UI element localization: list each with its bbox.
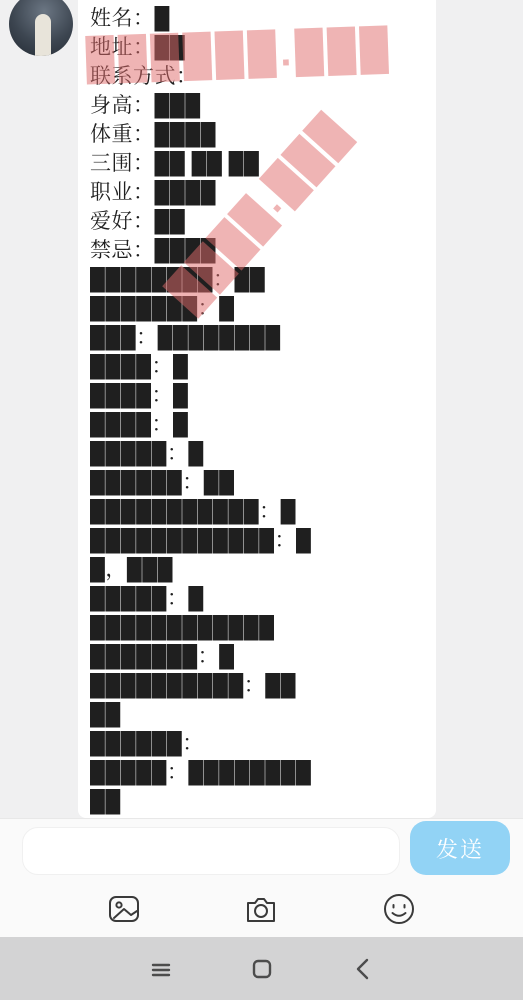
message-line: 身高：███ <box>90 91 424 120</box>
message-line: ████████████ <box>90 613 424 642</box>
message-line: 三围：██ ██ ██ <box>90 149 424 178</box>
message-line: ████████████：█ <box>90 526 424 555</box>
message-line: ████：█ <box>90 352 424 381</box>
message-line: ██████： <box>90 729 424 758</box>
chat-screen: 姓名：█地址：██联系方式：身高：███体重：████三围：██ ██ ██职业… <box>0 0 523 1000</box>
message-line: ███████：█ <box>90 642 424 671</box>
message-line: █████：████████ <box>90 758 424 787</box>
message-line: ██ <box>90 700 424 729</box>
message-line: 地址：██ <box>90 33 424 62</box>
send-button[interactable]: 发送 <box>410 821 510 875</box>
message-line: ██ <box>90 787 424 816</box>
gallery-icon[interactable] <box>106 891 142 927</box>
composer-bar: 发送 <box>0 818 523 880</box>
message-line: ████：█ <box>90 410 424 439</box>
message-line: ██████：██ <box>90 468 424 497</box>
back-icon[interactable] <box>350 956 376 982</box>
message-line: 体重：████ <box>90 120 424 149</box>
camera-icon[interactable] <box>243 891 279 927</box>
message-line: ███：████████ <box>90 323 424 352</box>
message-input[interactable] <box>22 827 400 875</box>
message-line: ████████：██ <box>90 265 424 294</box>
composer-toolbar <box>0 880 523 937</box>
message-line: 职业：████ <box>90 178 424 207</box>
contact-avatar[interactable] <box>9 0 73 56</box>
message-line: 姓名：█ <box>90 4 424 33</box>
message-line: 爱好：██ <box>90 207 424 236</box>
message-line: █████：█ <box>90 584 424 613</box>
message-line: ███████████：█ <box>90 497 424 526</box>
message-line: 联系方式： <box>90 62 424 91</box>
message-lines: 姓名：█地址：██联系方式：身高：███体重：████三围：██ ██ ██职业… <box>90 4 424 816</box>
chat-area: 姓名：█地址：██联系方式：身高：███体重：████三围：██ ██ ██职业… <box>0 0 523 818</box>
message-line: ███████：█ <box>90 294 424 323</box>
android-navbar <box>0 937 523 1000</box>
message-bubble: 姓名：█地址：██联系方式：身高：███体重：████三围：██ ██ ██职业… <box>78 0 436 818</box>
message-line: █，███ <box>90 555 424 584</box>
home-square-icon[interactable] <box>249 956 275 982</box>
menu-icon[interactable] <box>148 956 174 982</box>
message-line: █████：█ <box>90 439 424 468</box>
message-line: ██████████：██ <box>90 671 424 700</box>
message-line: ████：█ <box>90 381 424 410</box>
message-line: 禁忌：████ <box>90 236 424 265</box>
emoji-icon[interactable] <box>381 891 417 927</box>
